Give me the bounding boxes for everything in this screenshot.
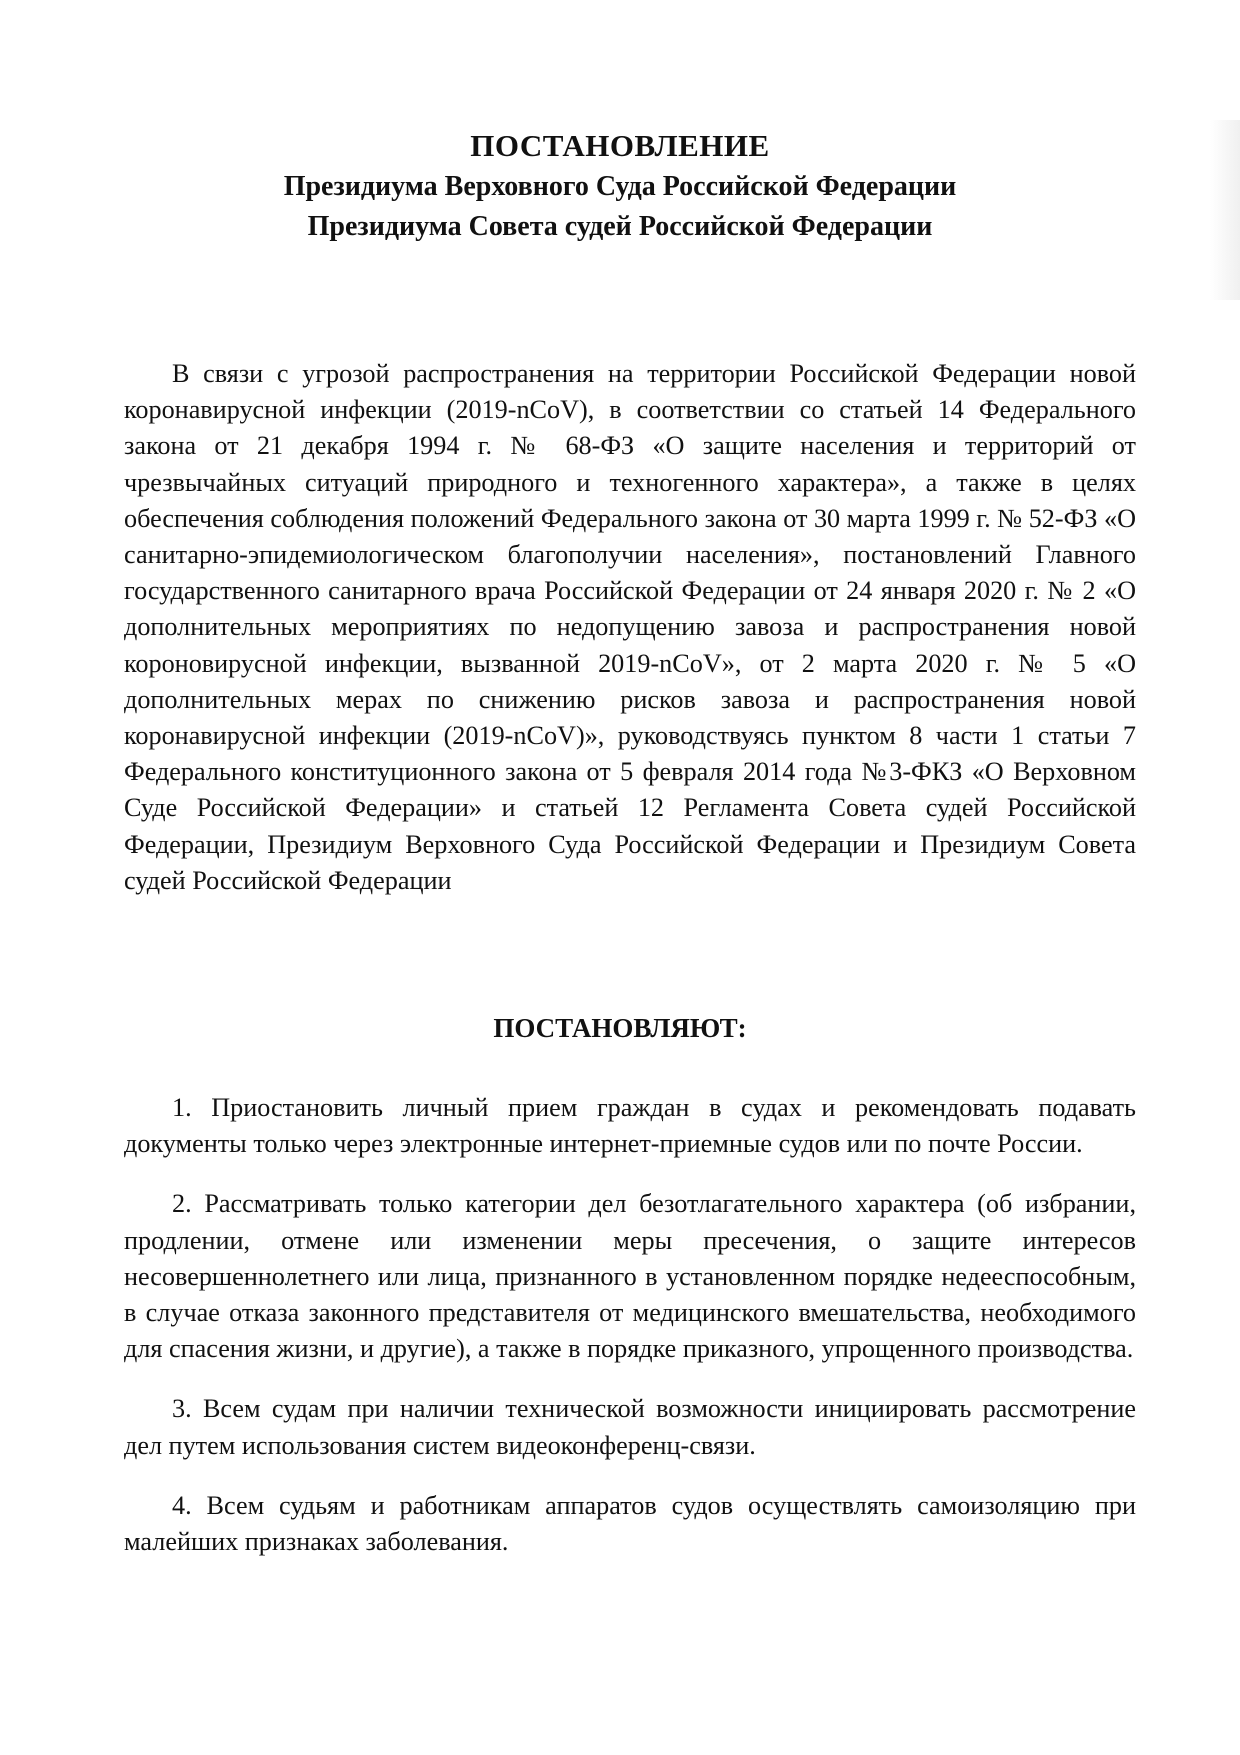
intro-paragraph: В связи с угрозой распространения на тер… xyxy=(124,356,1136,899)
decree-item-4: 4. Всем судьям и работникам аппаратов су… xyxy=(124,1488,1136,1560)
decree-item-1: 1. Приостановить личный прием граждан в … xyxy=(124,1090,1136,1162)
intro-section: В связи с угрозой распространения на тер… xyxy=(124,356,1136,899)
document-page: ПОСТАНОВЛЕНИЕ Президиума Верховного Суда… xyxy=(0,0,1240,1755)
document-subtitle-council-of-judges: Президиума Совета судей Российской Федер… xyxy=(0,207,1240,247)
document-title: ПОСТАНОВЛЕНИЕ xyxy=(0,125,1240,167)
document-subtitle-supreme-court: Президиума Верховного Суда Российской Фе… xyxy=(0,167,1240,207)
document-header: ПОСТАНОВЛЕНИЕ Президиума Верховного Суда… xyxy=(0,125,1240,247)
decree-items: 1. Приостановить личный прием граждан в … xyxy=(124,1090,1136,1584)
decree-heading: ПОСТАНОВЛЯЮТ: xyxy=(0,1010,1240,1046)
decree-item-2: 2. Рассматривать только категории дел бе… xyxy=(124,1186,1136,1367)
decree-item-3: 3. Всем судам при наличии технической во… xyxy=(124,1391,1136,1463)
